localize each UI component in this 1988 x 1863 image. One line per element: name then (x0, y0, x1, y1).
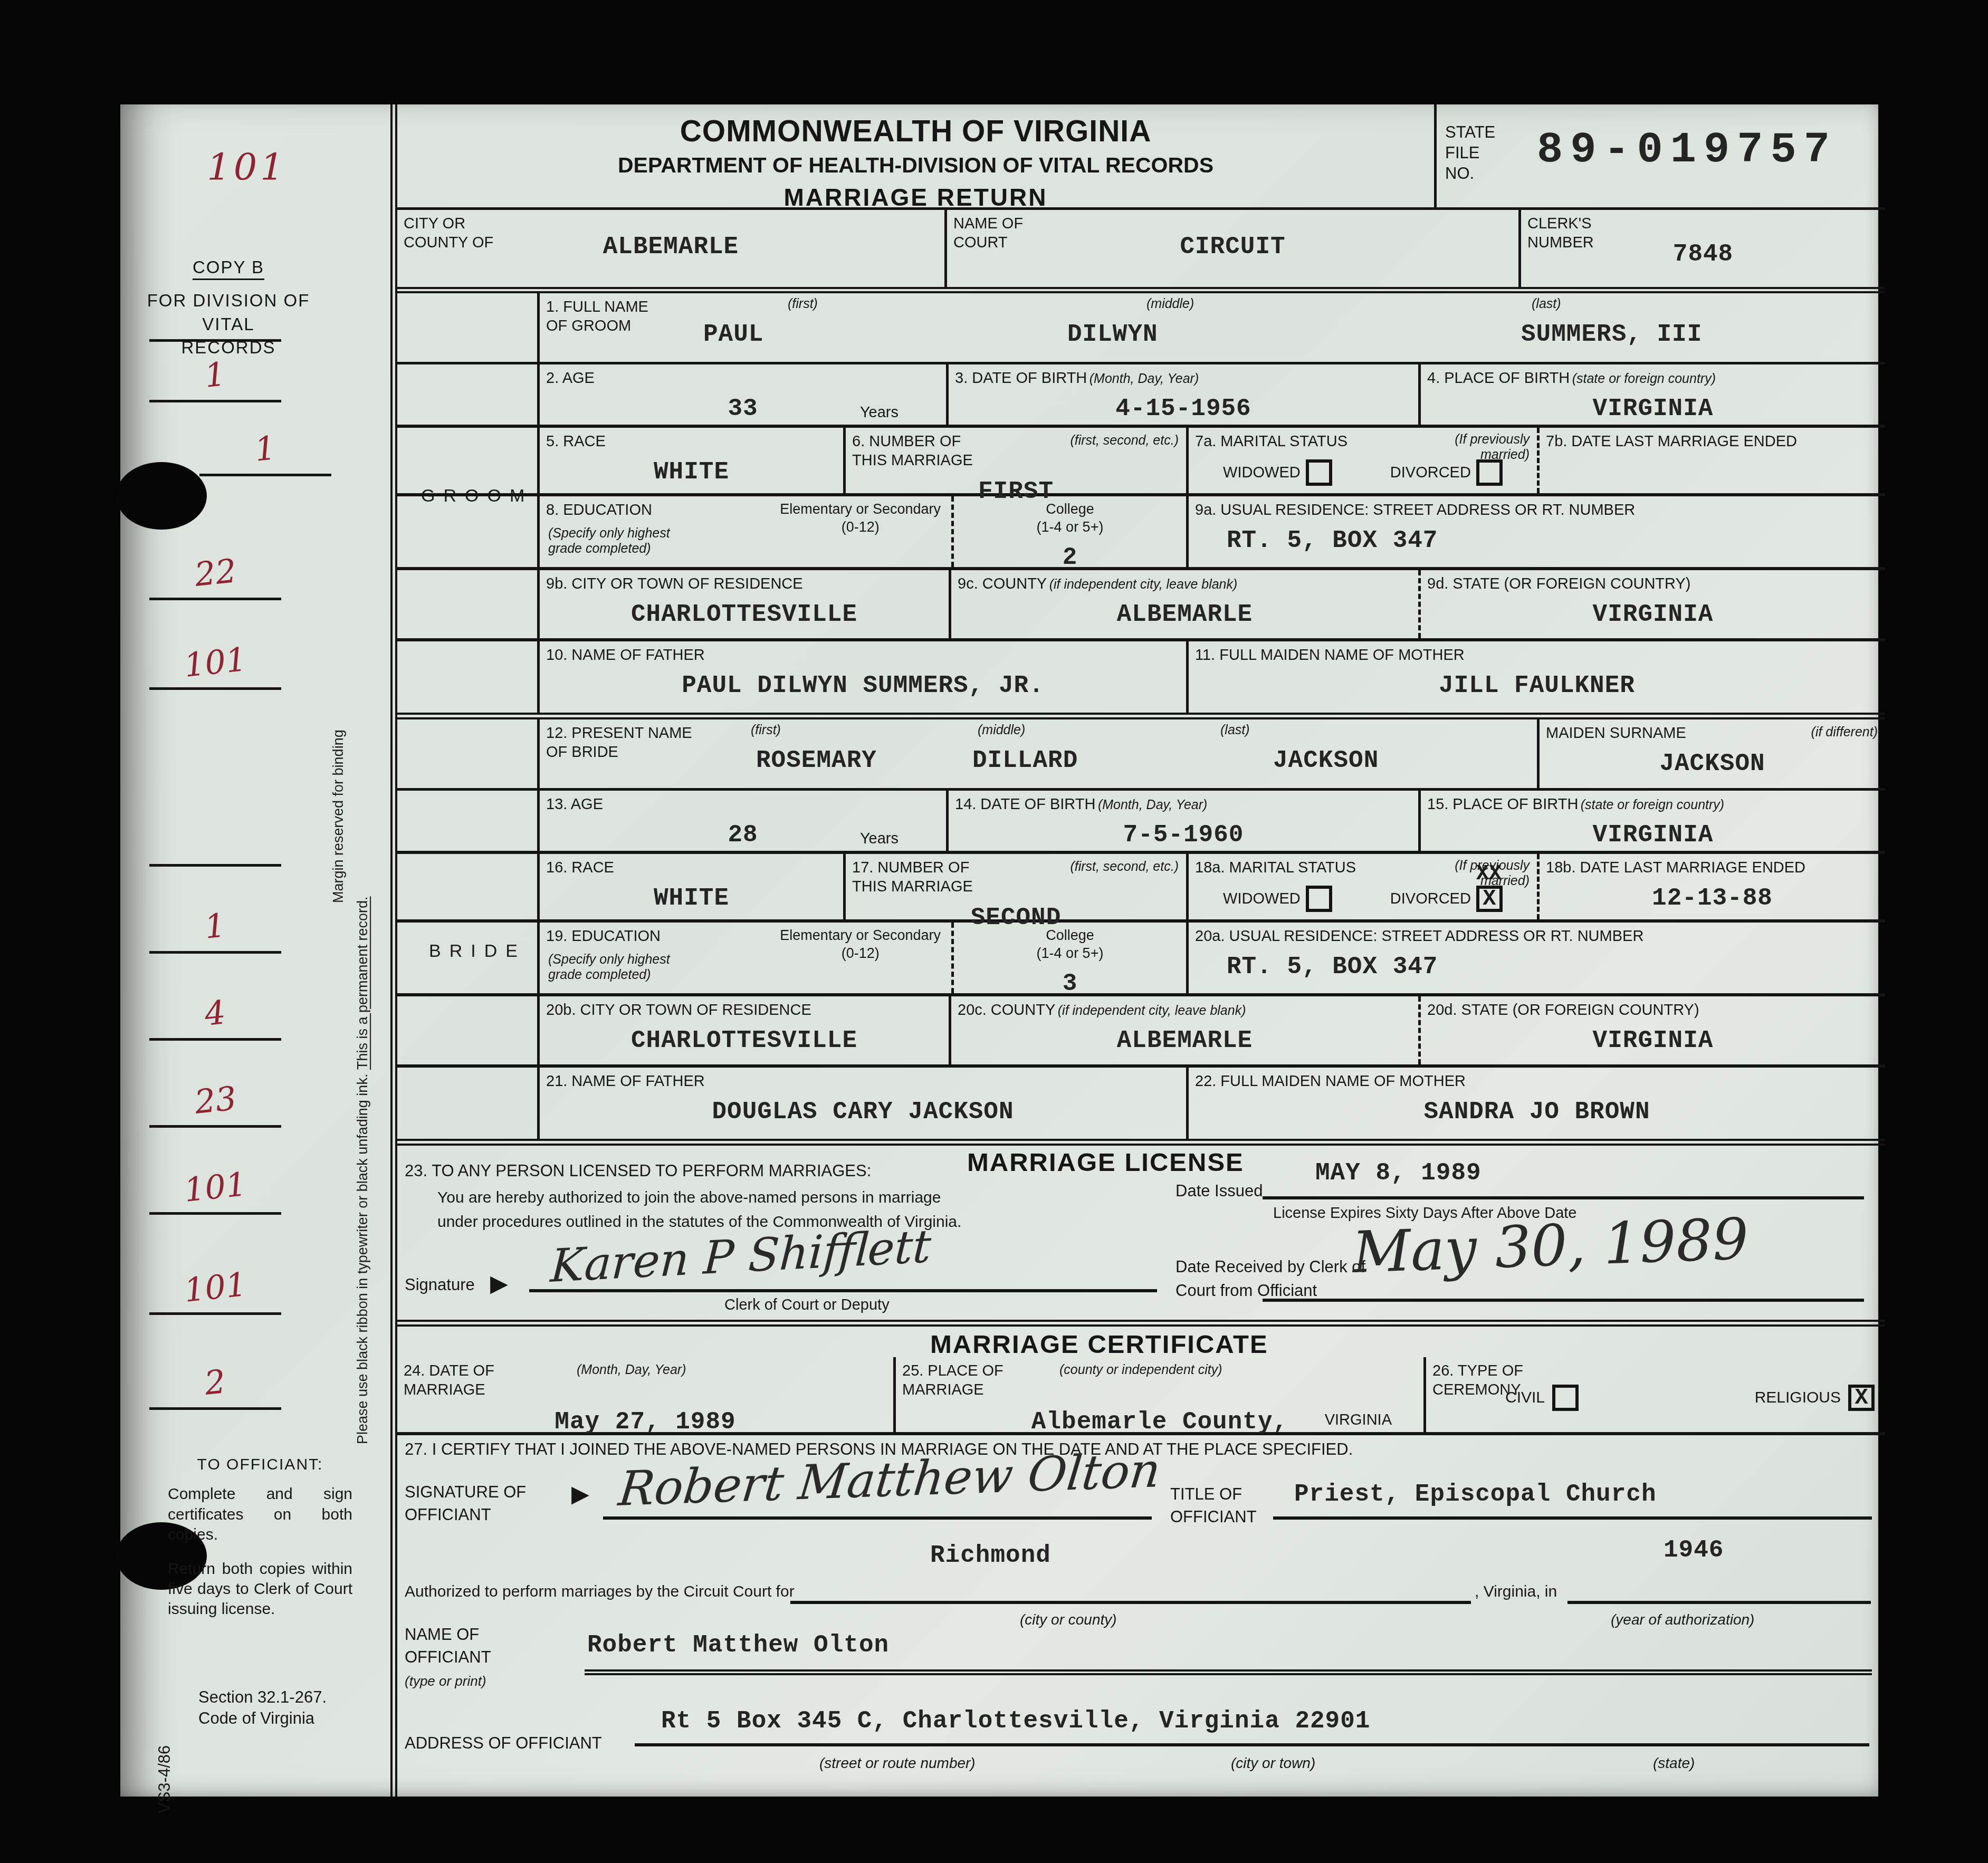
license-heading: MARRIAGE LICENSE (967, 1148, 1244, 1177)
officiant-address-line (635, 1743, 1869, 1746)
officiant-name-underline (585, 1638, 1872, 1675)
groom-dob-box: 3. DATE OF BIRTH (Month, Day, Year) 4-15… (946, 364, 1418, 425)
place-state-label: VIRGINIA (1325, 1411, 1392, 1429)
clerk-signature-label: Signature (405, 1275, 475, 1294)
officiant-signature-line (603, 1516, 1152, 1520)
court-band: CITY OR COUNTY OF ALBEMARLE NAME OF COUR… (397, 210, 1885, 293)
bride-dob: 7-5-1960 (955, 821, 1412, 849)
authorized-year-line (1568, 1601, 1871, 1604)
bride-divorced-checkbox: XXX (1476, 886, 1503, 912)
authorized-label: Authorized to perform marriages by the C… (405, 1583, 795, 1601)
binding-margin-note: Margin reserved for binding (330, 553, 347, 1080)
city-county-hint: (city or county) (1020, 1611, 1117, 1628)
marriage-return-form: COMMONWEALTH OF VIRGINIA DEPARTMENT OF H… (390, 104, 1885, 1797)
bride-marital-status-box: 18a. MARITAL STATUS (If previously marri… (1186, 854, 1537, 919)
bride-race: WHITE (546, 885, 837, 912)
state-file-box: STATE FILE NO. 89-019757 (1434, 104, 1885, 207)
department-subtitle: DEPARTMENT OF HEALTH-DIVISION OF VITAL R… (404, 153, 1428, 178)
bride-first-name: ROSEMARY (756, 747, 877, 774)
margin-line: 1 (199, 429, 331, 476)
ink-note: Please use black ribbon in typewriter or… (355, 442, 371, 1444)
groom-dob: 4-15-1956 (955, 395, 1412, 422)
bride-pob-box: 15. PLACE OF BIRTH (state or foreign cou… (1418, 791, 1885, 851)
margin-line: 4 (149, 994, 281, 1041)
groom-education-row: 8. EDUCATION (Specify only highest grade… (397, 496, 1885, 570)
date-received-label: Date Received by Clerk of Court from Off… (1175, 1255, 1365, 1303)
groom-county-box: 9c. COUNTY (if independent city, leave b… (949, 570, 1418, 638)
officiant-signature-label: SIGNATURE OF OFFICIANT (405, 1481, 526, 1526)
groom-college-years: 2 (960, 544, 1180, 571)
date-received-line (1263, 1299, 1864, 1302)
bride-pob: VIRGINIA (1427, 821, 1879, 849)
bride-age-row: 13. AGE 28 Years 14. DATE OF BIRTH (Mont… (397, 791, 1885, 854)
groom-last-name: SUMMERS, III (1521, 321, 1702, 348)
date-issued-line (1263, 1196, 1864, 1199)
to-officiant-block: TO OFFICIANT: Complete and sign certific… (168, 1455, 352, 1620)
city-county-value: ALBEMARLE (397, 233, 944, 261)
state-file-label: STATE FILE NO. (1445, 122, 1495, 184)
clerk-signature-line (529, 1289, 1157, 1292)
bride-education-row: 19. EDUCATION (Specify only highest grad… (397, 923, 1885, 996)
clerk-signature-caption: Clerk of Court or Deputy (724, 1297, 890, 1314)
groom-last-marriage-ended-box: 7b. DATE LAST MARRIAGE ENDED (1537, 428, 1885, 493)
bride-race-row: 16. RACE WHITE 17. NUMBER OF THIS MARRIA… (397, 854, 1885, 923)
bride-state: VIRGINIA (1427, 1027, 1879, 1054)
bride-age-box: 13. AGE 28 Years (537, 791, 946, 851)
groom-marriage-number-box: 6. NUMBER OF THIS MARRIAGE (first, secon… (843, 428, 1186, 493)
bride-education-box: 19. EDUCATION (Specify only highest grad… (537, 923, 951, 993)
groom-city-box: 9b. CITY OR TOWN OF RESIDENCE CHARLOTTES… (537, 570, 949, 638)
bride-maiden-surname: JACKSON (1546, 750, 1879, 777)
officiant-name-label: NAME OF OFFICIANT(type or print) (405, 1623, 491, 1692)
groom-race-box: 5. RACE WHITE (537, 428, 843, 493)
marriage-license-section: MARRIAGE LICENSE 23. TO ANY PERSON LICEN… (397, 1146, 1885, 1327)
bride-college-box: College (1-4 or 5+) 3 (951, 923, 1186, 993)
officiant-title: Priest, Episcopal Church (1294, 1481, 1657, 1508)
authorized-suffix: , Virginia, in (1475, 1583, 1557, 1601)
margin-line: 1 (149, 356, 281, 402)
groom-middle-name: DILWYN (1067, 321, 1158, 348)
authorized-year: 1946 (1664, 1537, 1724, 1564)
groom-section: GROOM 1. FULL NAME OF GROOM (first) PAUL… (397, 293, 1885, 719)
title-block: COMMONWEALTH OF VIRGINIA DEPARTMENT OF H… (397, 104, 1434, 207)
bride-city-row: 20b. CITY OR TOWN OF RESIDENCE CHARLOTTE… (397, 996, 1885, 1068)
state-file-number: 89-019757 (1537, 126, 1837, 175)
bride-name-box: 12. PRESENT NAME OF BRIDE (first) ROSEMA… (537, 719, 1537, 788)
arrow-right-icon: ▶ (490, 1272, 508, 1295)
bride-residence-box: 20a. USUAL RESIDENCE: STREET ADDRESS OR … (1186, 923, 1885, 993)
arrow-right-icon: ▶ (571, 1483, 589, 1506)
groom-age-box: 2. AGE 33 Years (537, 364, 946, 425)
margin-line: 23 (149, 1081, 281, 1128)
groom-race: WHITE (546, 458, 837, 486)
bride-name-row: 12. PRESENT NAME OF BRIDE (first) ROSEMA… (397, 719, 1885, 791)
bride-father-name: DOUGLAS CARY JACKSON (546, 1098, 1180, 1126)
margin-line: 2 (149, 1363, 281, 1410)
code-reference: Section 32.1-267. Code of Virginia (198, 1687, 327, 1730)
bride-county-box: 20c. COUNTY (if independent city, leave … (949, 996, 1418, 1064)
year-authorization-hint: (year of authorization) (1611, 1611, 1754, 1628)
to-officiant-heading: TO OFFICIANT: (168, 1455, 352, 1475)
margin-line (149, 820, 281, 867)
margin-top-number: 101 (184, 146, 310, 189)
groom-mother-box: 11. FULL MAIDEN NAME OF MOTHER JILL FAUL… (1186, 641, 1885, 713)
groom-parents-row: 10. NAME OF FATHER PAUL DILWYN SUMMERS, … (397, 641, 1885, 713)
bride-middle-name: DILLARD (972, 747, 1078, 774)
groom-city-row: 9b. CITY OR TOWN OF RESIDENCE CHARLOTTES… (397, 570, 1885, 641)
bride-maiden-surname-box: MAIDEN SURNAME (if different) JACKSON (1537, 719, 1885, 788)
bride-last-name: JACKSON (1273, 747, 1379, 774)
bride-father-box: 21. NAME OF FATHER DOUGLAS CARY JACKSON (537, 1068, 1186, 1139)
marriage-certificate-section: MARRIAGE CERTIFICATE 24. DATE OF MARRIAG… (397, 1327, 1885, 1799)
groom-pob-box: 4. PLACE OF BIRTH (state or foreign coun… (1418, 364, 1885, 425)
groom-county: ALBEMARLE (958, 601, 1412, 628)
copy-label: COPY B (193, 257, 264, 277)
bride-city: CHARLOTTESVILLE (546, 1027, 942, 1054)
groom-mother-name: JILL FAULKNER (1195, 672, 1879, 699)
officiant-address-label: ADDRESS OF OFFICIANT (405, 1734, 602, 1753)
form-code: VS3-4/86 (155, 1676, 174, 1813)
street-hint: (street or route number) (819, 1755, 976, 1772)
to-officiant-instruction-1: Complete and sign certificates on both c… (168, 1484, 352, 1545)
groom-age-row: 2. AGE 33 Years 3. DATE OF BIRTH (Month,… (397, 364, 1885, 428)
commonwealth-title: COMMONWEALTH OF VIRGINIA (404, 114, 1428, 149)
court-value: CIRCUIT (947, 233, 1518, 261)
bride-section: BRIDE 12. PRESENT NAME OF BRIDE (first) … (397, 719, 1885, 1146)
groom-first-name: PAUL (703, 321, 763, 348)
authorized-city-line (790, 1601, 1471, 1604)
hole-punch-top (116, 462, 207, 530)
clerks-number-box: CLERK'S NUMBER 7848 (1518, 210, 1885, 287)
clerks-number-value: 7848 (1521, 241, 1885, 268)
groom-marital-status-box: 7a. MARITAL STATUS (If previously marrie… (1186, 428, 1537, 493)
bride-marriage-number-box: 17. NUMBER OF THIS MARRIAGE (first, seco… (843, 854, 1186, 919)
bride-county: ALBEMARLE (958, 1027, 1412, 1054)
groom-residence-box: 9a. USUAL RESIDENCE: STREET ADDRESS OR R… (1186, 496, 1885, 567)
margin-line: 1 (149, 907, 281, 954)
marriage-date-box: 24. DATE OF MARRIAGE (Month, Day, Year) … (397, 1357, 893, 1432)
date-issued-value: MAY 8, 1989 (1315, 1159, 1482, 1187)
typed-xx-overlay: XX (1476, 865, 1502, 885)
officiant-title-label: TITLE OF OFFICIANT (1170, 1483, 1257, 1529)
marriage-date: May 27, 1989 (404, 1408, 887, 1436)
bride-mother-box: 22. FULL MAIDEN NAME OF MOTHER SANDRA JO… (1186, 1068, 1885, 1139)
certificate-heading: MARRIAGE CERTIFICATE (930, 1330, 1268, 1359)
bride-race-box: 16. RACE WHITE (537, 854, 843, 919)
groom-race-row: 5. RACE WHITE 6. NUMBER OF THIS MARRIAGE… (397, 428, 1885, 496)
groom-full-name-box: 1. FULL NAME OF GROOM (first) PAUL (midd… (537, 293, 1885, 362)
groom-state-box: 9d. STATE (OR FOREIGN COUNTRY) VIRGINIA (1418, 570, 1885, 638)
bride-residence: RT. 5, BOX 347 (1227, 953, 1879, 981)
groom-city: CHARLOTTESVILLE (546, 601, 942, 628)
groom-father-box: 10. NAME OF FATHER PAUL DILWYN SUMMERS, … (537, 641, 1186, 713)
bride-college-years: 3 (960, 970, 1180, 997)
margin-line: 101 (149, 1268, 281, 1315)
margin-line (149, 295, 281, 342)
court-box: NAME OF COURT CIRCUIT (944, 210, 1518, 287)
groom-residence: RT. 5, BOX 347 (1227, 527, 1879, 554)
groom-state: VIRGINIA (1427, 601, 1879, 628)
marriage-place-box: 25. PLACE OF MARRIAGE (county or indepen… (893, 1357, 1423, 1432)
religious-checkbox: X (1848, 1385, 1875, 1411)
bride-mother-name: SANDRA JO BROWN (1195, 1098, 1879, 1126)
margin-line: 22 (149, 553, 281, 600)
form-header: COMMONWEALTH OF VIRGINIA DEPARTMENT OF H… (397, 104, 1885, 210)
officiant-address: Rt 5 Box 345 C, Charlottesville, Virgini… (661, 1707, 1370, 1735)
date-issued-label: Date Issued (1175, 1182, 1263, 1201)
groom-father-name: PAUL DILWYN SUMMERS, JR. (546, 672, 1180, 699)
groom-pob: VIRGINIA (1427, 395, 1879, 422)
bride-last-marriage-ended-box: 18b. DATE LAST MARRIAGE ENDED 12-13-88 (1537, 854, 1885, 919)
groom-education-box: 8. EDUCATION (Specify only highest grade… (537, 496, 951, 567)
bride-state-box: 20d. STATE (OR FOREIGN COUNTRY) VIRGINIA (1418, 996, 1885, 1064)
civil-checkbox (1552, 1385, 1579, 1411)
to-officiant-instruction-2: Return both copies within five days to C… (168, 1559, 352, 1620)
groom-widowed-checkbox (1306, 459, 1332, 486)
groom-name-row: 1. FULL NAME OF GROOM (first) PAUL (midd… (397, 293, 1885, 364)
city-town-hint: (city or town) (1231, 1755, 1315, 1772)
certificate-detail-row: 24. DATE OF MARRIAGE (Month, Day, Year) … (397, 1357, 1885, 1435)
officiant-title-line (1273, 1516, 1872, 1520)
bride-parents-row: 21. NAME OF FATHER DOUGLAS CARY JACKSON … (397, 1068, 1885, 1139)
bride-dob-box: 14. DATE OF BIRTH (Month, Day, Year) 7-5… (946, 791, 1418, 851)
license-authorization-line1: You are hereby authorized to join the ab… (437, 1189, 941, 1207)
margin-line: 101 (149, 643, 281, 690)
groom-college-box: College (1-4 or 5+) 2 (951, 496, 1186, 567)
margin-line: 101 (149, 1168, 281, 1215)
ceremony-type-box: 26. TYPE OF CEREMONY CIVIL RELIGIOUSX (1423, 1357, 1885, 1432)
state-hint: (state) (1653, 1755, 1695, 1772)
city-county-box: CITY OR COUNTY OF ALBEMARLE (397, 210, 944, 287)
document-paper: 101 COPY B FOR DIVISION OF VITAL RECORDS… (120, 104, 1878, 1797)
bride-widowed-checkbox (1306, 886, 1332, 912)
authorized-city: Richmond (930, 1542, 1051, 1569)
date-received-handwritten: May 30, 1989 (1351, 1206, 1750, 1286)
license-item-label: 23. TO ANY PERSON LICENSED TO PERFORM MA… (405, 1161, 871, 1180)
permanent-record-note: This is a permanent record. (355, 896, 370, 1070)
bride-city-box: 20b. CITY OR TOWN OF RESIDENCE CHARLOTTE… (537, 996, 949, 1064)
scanned-marriage-return: 101 COPY B FOR DIVISION OF VITAL RECORDS… (0, 0, 1988, 1863)
bride-last-marriage-ended: 12-13-88 (1546, 885, 1879, 912)
groom-divorced-checkbox (1476, 459, 1503, 486)
form-name: MARRIAGE RETURN (404, 183, 1428, 212)
